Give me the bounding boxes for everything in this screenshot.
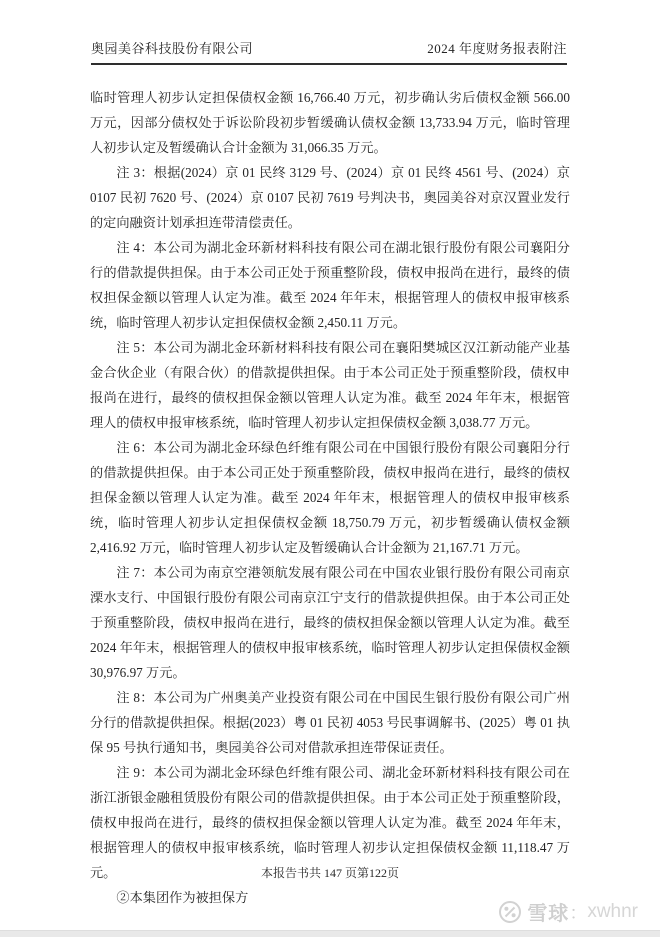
note-7-paragraph: 注 7：本公司为南京空港领航发展有限公司在中国农业银行股份有限公司南京溧水支行、…: [90, 560, 570, 685]
watermark-separator: ：: [569, 899, 587, 925]
page-number-text: 本报告书共 147 页第122页: [261, 866, 399, 880]
document-page: 奥园美谷科技股份有限公司 2024 年度财务报表附注 临时管理人初步认定担保债权…: [0, 0, 660, 937]
header-company-name: 奥园美谷科技股份有限公司: [91, 38, 253, 57]
watermark-username: xwhnr: [587, 901, 638, 923]
page-header: 奥园美谷科技股份有限公司 2024 年度财务报表附注: [91, 38, 567, 65]
header-doc-title: 2024 年度财务报表附注: [427, 38, 567, 57]
document-body: 临时管理人初步认定担保债权金额 16,766.40 万元，初步确认劣后债权金额 …: [90, 85, 570, 910]
xueqiu-watermark: 雪球 ： xwhnr: [498, 897, 638, 926]
watermark-brand-label: 雪球: [527, 897, 569, 926]
note-3-paragraph: 注 3：根据(2024）京 01 民终 3129 号、(2024）京 01 民终…: [90, 160, 570, 235]
continuation-paragraph: 临时管理人初步认定担保债权金额 16,766.40 万元，初步确认劣后债权金额 …: [90, 85, 570, 160]
note-6-paragraph: 注 6：本公司为湖北金环绿色纤维有限公司在中国银行股份有限公司襄阳分行的借款提供…: [90, 435, 570, 560]
xueqiu-logo-icon: [498, 900, 522, 924]
note-8-paragraph: 注 8：本公司为广州奥美产业投资有限公司在中国民生银行股份有限公司广州分行的借款…: [90, 685, 570, 760]
page-footer: 本报告书共 147 页第122页: [0, 864, 660, 882]
note-5-paragraph: 注 5：本公司为湖北金环新材料科技有限公司在襄阳樊城区汉江新动能产业基金合伙企业…: [90, 335, 570, 435]
note-4-paragraph: 注 4：本公司为湖北金环新材料科技有限公司在湖北银行股份有限公司襄阳分行的借款提…: [90, 235, 570, 335]
bottom-strip: [0, 930, 660, 937]
